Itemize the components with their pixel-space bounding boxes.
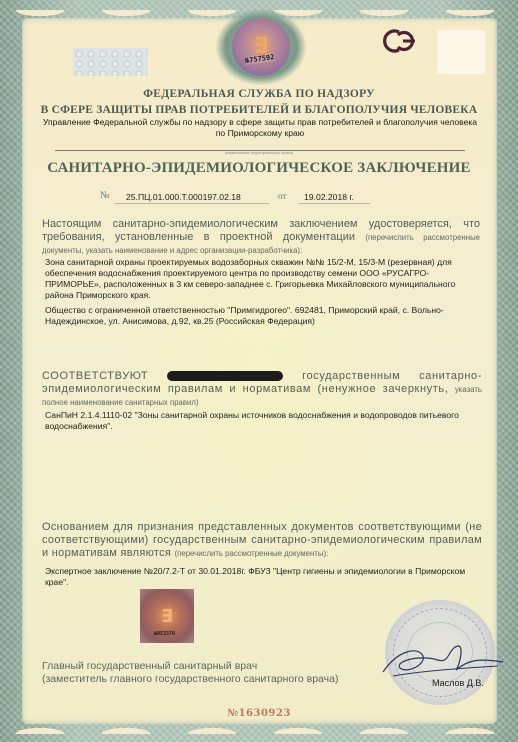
conformity-kept: СООТВЕТСТВУЮТ [42, 370, 148, 382]
signatory-title-line2: (заместитель главного государственного с… [42, 673, 382, 686]
se-logo-icon [382, 27, 422, 55]
developer-organization: Общество с ограниченной ответственностью… [45, 305, 475, 327]
date-label: от [278, 191, 286, 201]
struck-out-text: (НЕ СООТВЕТСТВУЮТ) [167, 371, 283, 381]
blank-field [437, 30, 485, 74]
conformity-statement: СООТВЕТСТВУЮТ (НЕ СООТВЕТСТВУЮТ) государ… [42, 370, 482, 409]
expert-conclusion: Экспертное заключение №20/7.2-Т от 30.01… [45, 566, 475, 588]
document-number: 25.ПЦ.01.000.Т.000197.02.18 [126, 192, 241, 202]
signatory-title: Главный государственный санитарный врач … [42, 660, 382, 686]
form-serial-number: №1630923 [0, 708, 518, 719]
document-date: 19.02.2018 г. [304, 192, 354, 202]
hologram-sticker-icon: Ǝ №053370 [140, 589, 194, 643]
basis-statement: Основанием для признания представленных … [42, 521, 482, 560]
sanitary-rules-reference: СанПиН 2.1.4.1110-02 "Зоны санитарной ох… [45, 410, 475, 432]
subject-description: Зона санитарной охраны проектируемых вод… [45, 257, 475, 301]
certificate-page: Ǝ №757592 ФЕДЕРАЛЬНАЯ СЛУЖБА ПО НАДЗОРУ … [0, 0, 518, 742]
hologram-emblem-icon: Ǝ [161, 606, 173, 627]
authority-caption: (наименование территориального органа) [0, 151, 518, 155]
handwritten-signature-icon [378, 640, 508, 680]
territorial-authority: Управление Федеральной службы по надзору… [40, 117, 480, 139]
hologram-sticker-serial: №053370 [154, 631, 175, 637]
document-title: САНИТАРНО-ЭПИДЕМИОЛОГИЧЕСКОЕ ЗАКЛЮЧЕНИЕ [0, 160, 518, 177]
hologram-serial: №757592 [245, 53, 275, 65]
intro-paragraph: Настоящим санитарно-эпидемиологическим з… [42, 218, 480, 257]
security-pattern-strip [73, 48, 148, 76]
agency-name-line2: В СФЕРЕ ЗАЩИТЫ ПРАВ ПОТРЕБИТЕЛЕЙ И БЛАГО… [0, 104, 518, 116]
signatory-title-line1: Главный государственный санитарный врач [42, 660, 382, 673]
hologram-rosette-icon: Ǝ №757592 [215, 8, 307, 86]
number-label: № [100, 190, 110, 201]
basis-hint: (перечислить рассмотренные документы): [175, 549, 329, 558]
signatory-name: Маслов Д.В. [432, 678, 484, 688]
agency-name-line1: ФЕДЕРАЛЬНАЯ СЛУЖБА ПО НАДЗОРУ [0, 88, 518, 100]
